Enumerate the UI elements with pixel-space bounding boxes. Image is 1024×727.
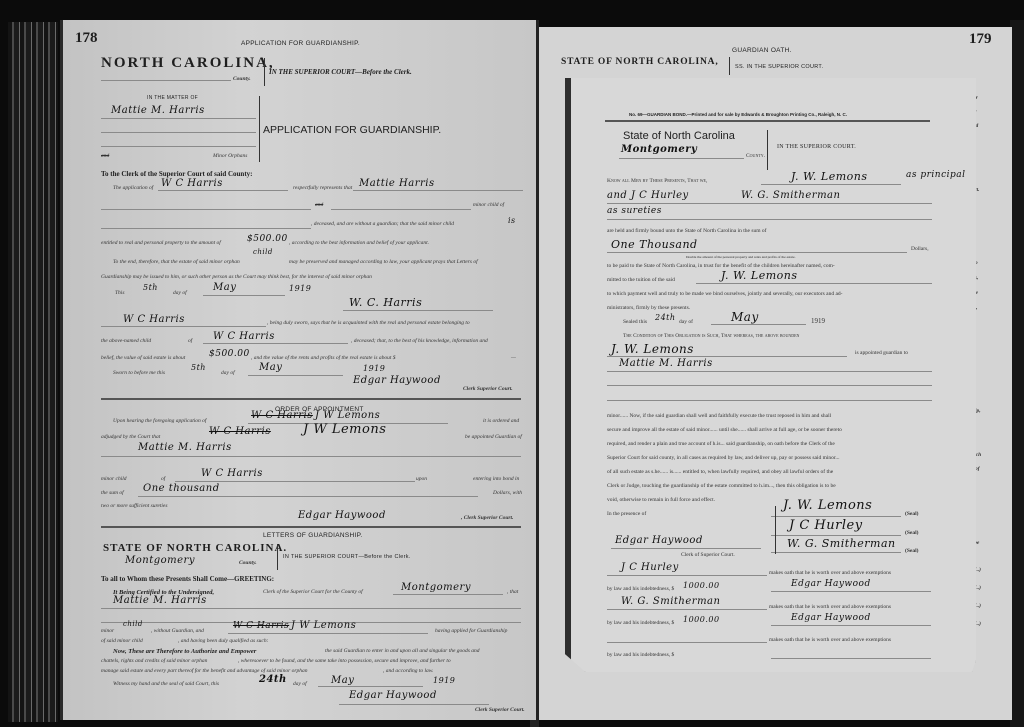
guardianship-text: Guardianship may be issued to him, or su… (101, 274, 372, 280)
county-label: County. (233, 76, 251, 82)
administrators-text: ministrators, firmly by these presents. (607, 305, 690, 311)
bond-guardian: J. W. Lemons (611, 342, 694, 356)
clerk-signature-1: Edgar Haywood (791, 579, 871, 589)
bond-surety-1: and J C Hurley (607, 190, 689, 201)
court-label: IN THE SUPERIOR COURT—Before the Clerk. (269, 68, 412, 76)
bond-ward: Mattie M. Harris (619, 358, 713, 369)
adjudged-text: adjudged by the Court that (101, 434, 160, 440)
estate-value: $500.00 (209, 349, 250, 359)
seal-1: (Seal) (905, 511, 918, 517)
letters-applicant-struck: W C Harris (233, 621, 289, 631)
having-applied: having applied for Guardianship (435, 628, 507, 634)
order-applicant: J W Lemons (315, 410, 380, 421)
and-mid: and (315, 202, 323, 208)
section-header: APPLICATION FOR GUARDIANSHIP. (241, 40, 360, 47)
sealed-day: 24th (655, 313, 676, 322)
sworn-month: May (259, 362, 282, 373)
bond-sum: One Thousand (611, 238, 698, 251)
letters-month: May (331, 675, 354, 686)
upon-hearing: Upon hearing the foregoing application o… (113, 418, 206, 424)
letters-clerk-signature: Edgar Haywood (349, 690, 437, 701)
signature-lemons: J. W. Lemons (783, 498, 872, 513)
witness-signature: Edgar Haywood (615, 535, 703, 546)
amount-2: 1000.00 (683, 615, 720, 624)
clerk-of-text: Clerk of the Superior Court for the Coun… (263, 589, 363, 595)
bond-clerk-label: Clerk of Superior Court. (681, 552, 735, 558)
salutation: To the Clerk of the Superior Court of sa… (101, 170, 252, 178)
belief-text: belief, the value of said estate is abou… (101, 355, 185, 361)
appointed-text: be appointed Guardian of (465, 434, 522, 440)
bond-sum: One thousand (143, 483, 220, 494)
rents-value: — (511, 355, 516, 361)
clerk-label: Clerk Superior Court. (463, 386, 513, 392)
sworn-year: 1919 (363, 364, 385, 373)
affidavit-deceased: , deceased; that, to the best of his kno… (351, 338, 488, 344)
letters-clerk-label: Clerk Superior Court. (475, 707, 525, 713)
sealed-label: Sealed this (623, 319, 647, 325)
minor-orphans-label: Minor Orphans (213, 153, 247, 159)
of-label: of (188, 338, 192, 344)
order-parent: W C Harris (201, 468, 263, 479)
letters-state: STATE OF NORTH CAROLINA. (103, 542, 287, 554)
mitted-text: mitted to the tuition of the said (607, 277, 675, 283)
guardian-bond-insert: No. 69—GUARDIAN BOND.—Printed and for sa… (565, 78, 976, 672)
know-all: Know all Men by These Presents, That we, (607, 178, 707, 184)
property-amount: $500.00 (247, 234, 288, 244)
this-label: This (115, 290, 124, 296)
according-law: , and according to law. (383, 668, 433, 674)
sureties-text: two or more sufficient sureties (101, 503, 168, 509)
order-of-label: of (161, 476, 165, 482)
in-matter-label: IN THE MATTER OF (147, 95, 198, 101)
all-such-text: of all such estate as s.he...... is.....… (607, 469, 833, 475)
indebtedness-2: by law and his indebtedness, $ (607, 620, 674, 626)
minor-label: minor (101, 628, 114, 634)
sworn-text: , being duly sworn, says that he is acqu… (267, 320, 470, 326)
oath-header: GUARDIAN OATH. (732, 47, 792, 54)
signature-hurley: J C Hurley (789, 518, 863, 533)
signature-smitherman: W. G. Smitherman (787, 537, 896, 550)
indebtedness-3: by law and his indebtedness, $ (607, 652, 674, 658)
deceased-text: , deceased, and are without a guardian; … (311, 221, 454, 227)
represents-text: respectfully represents that (293, 185, 352, 191)
sworn-day: 5th (191, 363, 206, 372)
secure-text: secure and improve all the estate of sai… (607, 427, 842, 433)
upon-label: upon (416, 476, 427, 482)
is-value: is (508, 216, 516, 225)
order-clerk-label: , Clerk Superior Court. (461, 515, 513, 521)
letters-ward: Mattie M. Harris (113, 595, 207, 606)
application-month: May (213, 282, 236, 293)
affiant-name: W C Harris (123, 314, 185, 325)
applicant-signature: W. C. Harris (349, 296, 422, 309)
indebtedness-1: by law and his indebtedness, $ (607, 586, 674, 592)
chattels-text: chattels, rights and credits of said min… (101, 658, 207, 664)
appointed-guardian: is appointed guardian to (855, 350, 908, 356)
letters-county: Montgomery (125, 555, 195, 566)
letters-day-of: day of (293, 681, 307, 687)
applicant-name: W C Harris (161, 178, 223, 189)
oath-text-3: makes oath that he is worth over and abo… (769, 637, 891, 643)
empower-text: the said Guardian to enter in and upon a… (325, 648, 480, 654)
minor-child-of: minor child of (473, 202, 504, 208)
application-title: APPLICATION FOR GUARDIANSHIP. (263, 124, 441, 136)
oath-text-1: makes oath that he is worth over and abo… (769, 570, 891, 576)
order-guardian-struck: W C Harris (209, 426, 271, 437)
letters-county-name: Montgomery (401, 582, 471, 593)
of-said-minor: of said minor child (101, 638, 143, 644)
printer-line: No. 69—GUARDIAN BOND.—Printed and for sa… (629, 112, 847, 117)
and-label: and (101, 153, 109, 159)
dollars-with: Dollars, with (493, 490, 522, 496)
entitled-text: entitled to real and personal property t… (101, 240, 221, 246)
book-binding (8, 22, 58, 722)
letters-header: LETTERS OF GUARDIANSHIP. (263, 532, 363, 539)
order-applicant-struck: W C Harris (251, 410, 313, 421)
bond-court: IN THE SUPERIOR COURT. (777, 144, 856, 150)
qualified-text: , and having been duly qualified as such… (178, 638, 268, 644)
superior-text: Superior Court for said county, in all c… (607, 455, 840, 461)
letters-court: IN THE SUPERIOR COURT—Before the Clerk. (283, 554, 411, 560)
minor-note: child (123, 620, 143, 628)
double-note: Double the amount of the personal proper… (686, 255, 795, 259)
applicant-prefix: The application of (113, 185, 153, 191)
wheresoever-text: , wheresoever to be found, and the same … (238, 658, 451, 664)
that-text: , that (507, 589, 518, 595)
sworn-day-of: day of (221, 370, 235, 376)
rents-text: , and the value of the rents and profits… (251, 355, 396, 361)
greeting: To all to Whom these Presents Shall Come… (101, 575, 274, 583)
according-text: , according to the best information and … (289, 240, 429, 246)
order-guardian: J W Lemons (303, 422, 386, 437)
may-be-text: may be preserved and managed according t… (289, 259, 478, 265)
ordered-text: it is ordered and (483, 418, 519, 424)
justified-name-1: J C Hurley (621, 562, 679, 573)
without-guardian: , without Guardian, and (151, 628, 204, 634)
now-these: Now, These are Therefore to Authorize an… (113, 648, 256, 655)
seal-2: (Seal) (905, 530, 918, 536)
bond-principal: J. W. Lemons (791, 170, 868, 183)
minor-name: Mattie M. Harris (111, 105, 205, 116)
minor-child-label: minor child (101, 476, 127, 482)
oath-court: SS. IN THE SUPERIOR COURT. (735, 64, 823, 70)
principal-label: as principal (906, 170, 966, 180)
witness-text: Witness my hand and the seal of said Cou… (113, 681, 219, 687)
clerk-signature-2: Edgar Haywood (791, 613, 871, 623)
seal-3: (Seal) (905, 548, 918, 554)
oath-text-2: makes oath that he is worth over and abo… (769, 604, 891, 610)
clerk-judge-text: Clerk or Judge, touching the guardianshi… (607, 483, 836, 489)
left-page: 178 APPLICATION FOR GUARDIANSHIP. NORTH … (60, 20, 536, 720)
justified-name-2: W. G. Smitherman (621, 596, 720, 607)
bond-county: Montgomery (621, 144, 697, 155)
sum-of-label: the sum of (101, 490, 124, 496)
letters-applicant: J W Lemons (291, 620, 356, 631)
sealed-month: May (731, 310, 759, 324)
oath-state: STATE OF NORTH CAROLINA, (561, 57, 719, 67)
entering-bond: entering into bond in (473, 476, 519, 482)
application-day: 5th (143, 283, 158, 292)
order-clerk-signature: Edgar Haywood (298, 510, 386, 521)
tuition-name: J. W. Lemons (721, 269, 798, 282)
above-named: the above-named child (101, 338, 151, 344)
orphan-note: child (253, 248, 273, 256)
payment-text: to which payment well and truly to be ma… (607, 291, 842, 297)
parent-name: W C Harris (213, 331, 275, 342)
day-of-label: day of (173, 290, 187, 296)
amount-1: 1000.00 (683, 581, 720, 590)
sureties-label: as sureties (607, 206, 662, 216)
bond-state: State of North Carolina (623, 130, 735, 142)
book-edge (1010, 20, 1024, 727)
child-name: Mattie Harris (359, 178, 435, 189)
letters-year: 1919 (433, 676, 455, 685)
state-title: NORTH CAROLINA, (101, 55, 275, 72)
page-number: 178 (75, 30, 98, 47)
dollars-label: Dollars, (911, 246, 929, 252)
application-year: 1919 (289, 284, 311, 293)
end-text: To the end, therefore, that the estate o… (113, 259, 240, 265)
sealed-year: 1919 (811, 317, 825, 325)
letters-day: 24th (259, 674, 287, 685)
letters-county-label: County. (239, 560, 257, 566)
sealed-day-of: day of (679, 319, 693, 325)
order-ward: Mattie M. Harris (138, 442, 232, 453)
render-text: required, and render a plain and true ac… (607, 441, 835, 447)
bound-text: are held and firmly bound unto the State… (607, 228, 766, 234)
minor-text: minor...... Now, if the said guardian sh… (607, 413, 831, 419)
page-number: 179 (969, 31, 992, 48)
condition-text: The Condition of This Obligation is Such… (623, 333, 799, 339)
sworn-before: Sworn to before me this (113, 370, 165, 376)
presence-label: In the presence of (607, 511, 646, 517)
clerk-signature: Edgar Haywood (353, 375, 441, 386)
bond-county-label: County. (746, 153, 765, 159)
bond-surety-2: W. G. Smitherman (741, 190, 840, 201)
void-text: void, otherwise to remain in full force … (607, 497, 715, 503)
